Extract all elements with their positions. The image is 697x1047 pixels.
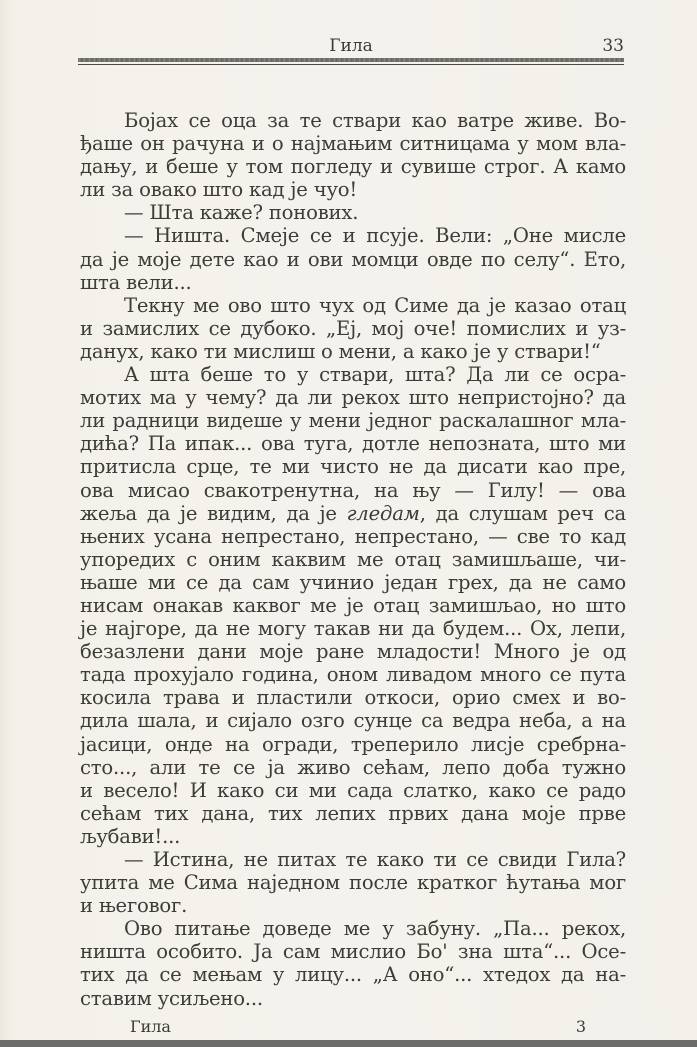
text-line: да је моје дете као и ови момци овде по … — [80, 248, 626, 271]
text-line: ли радници видеше у мени једног раскалаш… — [80, 409, 626, 432]
text-line: љубави!... — [80, 825, 626, 848]
footer-signature-mark: 3 — [576, 1015, 586, 1039]
book-page: Гила 33 Бојах се оца за те ствари као ва… — [0, 0, 697, 1040]
page-footer: Гила 3 — [130, 1015, 586, 1039]
text-line: мотих ма у чему? да ли рекох што неприст… — [80, 386, 626, 409]
text-line: ова мисао свакотренутна, на њу — Гилу! —… — [80, 479, 626, 502]
running-head: Гила 33 — [78, 34, 624, 58]
text-line: безазлени дани моје ране младости! Много… — [80, 640, 626, 663]
text-line: шта вели... — [80, 271, 626, 294]
body-text: Бојах се оца за те ствари као ватре живе… — [80, 109, 626, 1010]
text-line: Текну ме ово што чух од Симе да је казао… — [80, 294, 626, 317]
text-line: и весело! И како си ми сада слатко, како… — [80, 779, 626, 802]
text-line: дића? Па ипак... ова туга, дотле непозна… — [80, 432, 626, 455]
text-line: нисам онакав каквог ме је отац замишљао,… — [80, 594, 626, 617]
text-line: Ово питање доведе ме у забуну. „Па... ре… — [80, 917, 626, 940]
text-line: тих да се мењам у лицу... „А оно“... хте… — [80, 963, 626, 986]
text-line: данух, како ти мислиш о мени, а како је … — [80, 340, 626, 363]
text-line: је најгоре, да не могу такав ни да будем… — [80, 617, 626, 640]
running-title: Гила — [78, 34, 624, 58]
text-line: тада прохујало година, оном ливадом мног… — [80, 663, 626, 686]
text-line: — Шта каже? понових. — [80, 201, 626, 224]
text-line: Бојах се оца за те ствари као ватре живе… — [80, 109, 626, 132]
footer-book-title: Гила — [130, 1015, 171, 1039]
scanner-bottom-edge — [0, 1040, 697, 1047]
text-line: упоредих с оним каквим ме отац замишљаше… — [80, 548, 626, 571]
text-line: ништа особито. Ја сам мислио Бо' зна шта… — [80, 940, 626, 963]
text-line: и његовог. — [80, 894, 626, 917]
text-line: јасици, онде на огради, треперило лисје … — [80, 733, 626, 756]
text-line: ставим усиљено... — [80, 987, 626, 1010]
text-line: и замислих се дубоко. „Еј, мој оче! поми… — [80, 317, 626, 340]
text-line: дила шала, и сијало озго сунце са ведра … — [80, 709, 626, 732]
page-number: 33 — [602, 34, 624, 58]
text-line: косила трава и пластили откоси, орио сме… — [80, 686, 626, 709]
text-line: А шта беше то у ствари, шта? Да ли се ос… — [80, 363, 626, 386]
text-line: ли за овако што кад је чуо! — [80, 178, 626, 201]
text-line: ђаше он рачуна и о најмањим ситницама у … — [80, 132, 626, 155]
emphasized-word: гледам — [347, 502, 420, 525]
text-line: — Ништа. Смеје се и псује. Вели: „Оне ми… — [80, 224, 626, 247]
header-rule — [78, 58, 624, 62]
text-line: њених усана непрестано, непрестано, — св… — [80, 525, 626, 548]
text-line: њаше ми се да сам учинио један грех, да … — [80, 571, 626, 594]
text-line: сећам тих дана, тих лепих првих дана мој… — [80, 802, 626, 825]
text-line: притисла срце, те ми чисто не да дисати … — [80, 455, 626, 478]
text-line: жеља да је видим, да је гледам, да слуша… — [80, 502, 626, 525]
header-rule-thin — [78, 64, 624, 65]
text-line: упита ме Сима наједном после кратког ћут… — [80, 871, 626, 894]
text-line: сто..., али те се ја живо сећам, лепо до… — [80, 756, 626, 779]
text-line: — Истина, не питах те како ти се свиди Г… — [80, 848, 626, 871]
text-line: дању, и беше у том погледу и сувише стро… — [80, 155, 626, 178]
